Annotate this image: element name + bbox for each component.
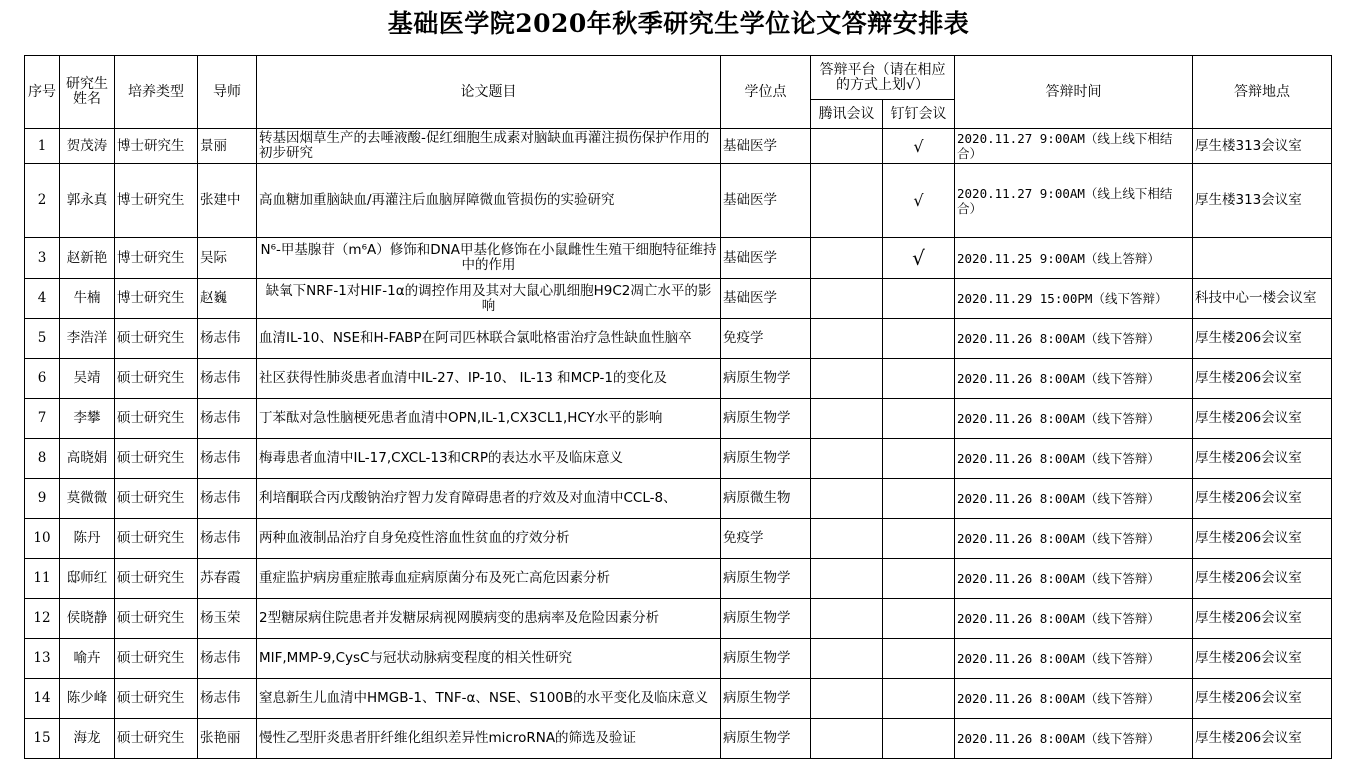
cell-seq: 6 bbox=[25, 359, 60, 399]
cell-defense-location: 厚生楼206会议室 bbox=[1193, 519, 1332, 559]
cell-student-name: 贺茂涛 bbox=[60, 129, 115, 164]
cell-thesis-title: N⁶-甲基腺苷（m⁶A）修饰和DNA甲基化修饰在小鼠雌性生殖干细胞特征维持中的作… bbox=[257, 238, 721, 279]
cell-advisor: 杨志伟 bbox=[198, 679, 257, 719]
cell-degree-program: 病原生物学 bbox=[721, 599, 811, 639]
header-platform-tencent: 腾讯会议 bbox=[811, 100, 883, 129]
cell-defense-time: 2020.11.27 9:00AM（线上线下相结合） bbox=[955, 164, 1193, 238]
cell-student-name: 赵新艳 bbox=[60, 238, 115, 279]
cell-seq: 13 bbox=[25, 639, 60, 679]
header-time: 答辩时间 bbox=[955, 56, 1193, 129]
cell-advisor: 杨志伟 bbox=[198, 439, 257, 479]
cell-defense-location: 厚生楼206会议室 bbox=[1193, 639, 1332, 679]
header-platform-group: 答辩平台（请在相应的方式上划√） bbox=[811, 56, 955, 100]
cell-thesis-title: 高血糖加重脑缺血/再灌注后血脑屏障微血管损伤的实验研究 bbox=[257, 164, 721, 238]
cell-degree-program: 病原生物学 bbox=[721, 639, 811, 679]
cell-training-type: 硕士研究生 bbox=[115, 519, 198, 559]
cell-seq: 15 bbox=[25, 719, 60, 759]
cell-platform-tencent bbox=[811, 359, 883, 399]
cell-degree-program: 病原生物学 bbox=[721, 439, 811, 479]
table-row: 1贺茂涛博士研究生景丽转基因烟草生产的去唾液酸-促红细胞生成素对脑缺血再灌注损伤… bbox=[25, 129, 1332, 164]
cell-thesis-title: 转基因烟草生产的去唾液酸-促红细胞生成素对脑缺血再灌注损伤保护作用的初步研究 bbox=[257, 129, 721, 164]
check-mark-icon: √ bbox=[883, 238, 955, 279]
table-row: 14陈少峰硕士研究生杨志伟窒息新生儿血清中HMGB-1、TNF-α、NSE、S1… bbox=[25, 679, 1332, 719]
cell-defense-time: 2020.11.26 8:00AM（线下答辩） bbox=[955, 719, 1193, 759]
header-platform-dingtalk: 钉钉会议 bbox=[883, 100, 955, 129]
table-header: 序号 研究生姓名 培养类型 导师 论文题目 学位点 答辩平台（请在相应的方式上划… bbox=[25, 56, 1332, 129]
cell-seq: 10 bbox=[25, 519, 60, 559]
cell-training-type: 硕士研究生 bbox=[115, 359, 198, 399]
cell-training-type: 硕士研究生 bbox=[115, 639, 198, 679]
cell-defense-location: 厚生楼206会议室 bbox=[1193, 599, 1332, 639]
cell-training-type: 硕士研究生 bbox=[115, 319, 198, 359]
cell-seq: 5 bbox=[25, 319, 60, 359]
cell-student-name: 喻卉 bbox=[60, 639, 115, 679]
table-row: 12侯晓静硕士研究生杨玉荣2型糖尿病住院患者并发糖尿病视网膜病变的患病率及危险因… bbox=[25, 599, 1332, 639]
cell-training-type: 博士研究生 bbox=[115, 164, 198, 238]
table-body: 1贺茂涛博士研究生景丽转基因烟草生产的去唾液酸-促红细胞生成素对脑缺血再灌注损伤… bbox=[25, 129, 1332, 759]
cell-advisor: 杨志伟 bbox=[198, 319, 257, 359]
cell-seq: 11 bbox=[25, 559, 60, 599]
cell-platform-tencent bbox=[811, 399, 883, 439]
check-mark-icon: √ bbox=[883, 129, 955, 164]
table-row: 15海龙硕士研究生张艳丽慢性乙型肝炎患者肝纤维化组织差异性microRNA的筛选… bbox=[25, 719, 1332, 759]
cell-platform-dingtalk bbox=[883, 599, 955, 639]
cell-defense-time: 2020.11.25 9:00AM（线上答辩） bbox=[955, 238, 1193, 279]
cell-advisor: 张艳丽 bbox=[198, 719, 257, 759]
cell-training-type: 博士研究生 bbox=[115, 129, 198, 164]
cell-platform-dingtalk bbox=[883, 639, 955, 679]
cell-platform-tencent bbox=[811, 559, 883, 599]
cell-seq: 3 bbox=[25, 238, 60, 279]
cell-advisor: 张建中 bbox=[198, 164, 257, 238]
cell-advisor: 杨志伟 bbox=[198, 519, 257, 559]
cell-platform-dingtalk bbox=[883, 559, 955, 599]
cell-training-type: 硕士研究生 bbox=[115, 599, 198, 639]
table-row: 6吴靖硕士研究生杨志伟社区获得性肺炎患者血清中IL-27、IP-10、 IL-1… bbox=[25, 359, 1332, 399]
cell-student-name: 郭永真 bbox=[60, 164, 115, 238]
cell-advisor: 吴际 bbox=[198, 238, 257, 279]
cell-defense-location: 厚生楼206会议室 bbox=[1193, 359, 1332, 399]
cell-advisor: 杨志伟 bbox=[198, 359, 257, 399]
cell-platform-dingtalk bbox=[883, 719, 955, 759]
cell-training-type: 硕士研究生 bbox=[115, 679, 198, 719]
cell-platform-tencent bbox=[811, 519, 883, 559]
defense-schedule-table: 序号 研究生姓名 培养类型 导师 论文题目 学位点 答辩平台（请在相应的方式上划… bbox=[24, 55, 1332, 759]
cell-defense-location bbox=[1193, 238, 1332, 279]
cell-student-name: 侯晓静 bbox=[60, 599, 115, 639]
cell-platform-dingtalk bbox=[883, 279, 955, 319]
header-advisor: 导师 bbox=[198, 56, 257, 129]
cell-platform-tencent bbox=[811, 479, 883, 519]
cell-platform-tencent bbox=[811, 279, 883, 319]
cell-thesis-title: 利培酮联合丙戊酸钠治疗智力发育障碍患者的疗效及对血清中CCL-8、 bbox=[257, 479, 721, 519]
cell-defense-location: 厚生楼206会议室 bbox=[1193, 439, 1332, 479]
header-type: 培养类型 bbox=[115, 56, 198, 129]
cell-defense-time: 2020.11.26 8:00AM（线下答辩） bbox=[955, 319, 1193, 359]
table-row: 10陈丹硕士研究生杨志伟两种血液制品治疗自身免疫性溶血性贫血的疗效分析免疫学20… bbox=[25, 519, 1332, 559]
cell-seq: 14 bbox=[25, 679, 60, 719]
cell-defense-time: 2020.11.26 8:00AM（线下答辩） bbox=[955, 439, 1193, 479]
cell-degree-program: 基础医学 bbox=[721, 164, 811, 238]
cell-advisor: 杨志伟 bbox=[198, 479, 257, 519]
cell-student-name: 莫微微 bbox=[60, 479, 115, 519]
cell-platform-tencent bbox=[811, 238, 883, 279]
cell-defense-time: 2020.11.26 8:00AM（线下答辩） bbox=[955, 599, 1193, 639]
cell-degree-program: 基础医学 bbox=[721, 129, 811, 164]
cell-defense-time: 2020.11.26 8:00AM（线下答辩） bbox=[955, 519, 1193, 559]
cell-defense-time: 2020.11.26 8:00AM（线下答辩） bbox=[955, 559, 1193, 599]
cell-platform-tencent bbox=[811, 129, 883, 164]
cell-advisor: 苏春霞 bbox=[198, 559, 257, 599]
table-row: 7李攀硕士研究生杨志伟丁苯酞对急性脑梗死患者血清中OPN,IL-1,CX3CL1… bbox=[25, 399, 1332, 439]
cell-defense-location: 厚生楼206会议室 bbox=[1193, 559, 1332, 599]
cell-seq: 8 bbox=[25, 439, 60, 479]
cell-platform-tencent bbox=[811, 719, 883, 759]
cell-defense-location: 厚生楼313会议室 bbox=[1193, 129, 1332, 164]
cell-thesis-title: 梅毒患者血清中IL-17,CXCL-13和CRP的表达水平及临床意义 bbox=[257, 439, 721, 479]
cell-thesis-title: 窒息新生儿血清中HMGB-1、TNF-α、NSE、S100B的水平变化及临床意义 bbox=[257, 679, 721, 719]
cell-student-name: 李攀 bbox=[60, 399, 115, 439]
cell-defense-time: 2020.11.26 8:00AM（线下答辩） bbox=[955, 479, 1193, 519]
cell-thesis-title: MIF,MMP-9,CysC与冠状动脉病变程度的相关性研究 bbox=[257, 639, 721, 679]
cell-student-name: 高晓娟 bbox=[60, 439, 115, 479]
cell-platform-tencent bbox=[811, 679, 883, 719]
cell-seq: 9 bbox=[25, 479, 60, 519]
cell-defense-time: 2020.11.29 15:00PM（线下答辩） bbox=[955, 279, 1193, 319]
cell-defense-location: 厚生楼206会议室 bbox=[1193, 719, 1332, 759]
cell-student-name: 海龙 bbox=[60, 719, 115, 759]
cell-platform-dingtalk bbox=[883, 479, 955, 519]
cell-training-type: 硕士研究生 bbox=[115, 439, 198, 479]
cell-thesis-title: 慢性乙型肝炎患者肝纤维化组织差异性microRNA的筛选及验证 bbox=[257, 719, 721, 759]
cell-defense-time: 2020.11.27 9:00AM（线上线下相结合） bbox=[955, 129, 1193, 164]
cell-advisor: 杨志伟 bbox=[198, 639, 257, 679]
cell-training-type: 博士研究生 bbox=[115, 238, 198, 279]
cell-thesis-title: 社区获得性肺炎患者血清中IL-27、IP-10、 IL-13 和MCP-1的变化… bbox=[257, 359, 721, 399]
cell-platform-tencent bbox=[811, 639, 883, 679]
cell-degree-program: 病原生物学 bbox=[721, 359, 811, 399]
cell-platform-dingtalk bbox=[883, 439, 955, 479]
cell-seq: 2 bbox=[25, 164, 60, 238]
cell-advisor: 赵巍 bbox=[198, 279, 257, 319]
cell-degree-program: 病原微生物 bbox=[721, 479, 811, 519]
cell-degree-program: 基础医学 bbox=[721, 279, 811, 319]
cell-degree-program: 病原生物学 bbox=[721, 719, 811, 759]
cell-degree-program: 病原生物学 bbox=[721, 559, 811, 599]
cell-student-name: 牛楠 bbox=[60, 279, 115, 319]
cell-student-name: 陈少峰 bbox=[60, 679, 115, 719]
table-row: 5李浩洋硕士研究生杨志伟血清IL-10、NSE和H-FABP在阿司匹林联合氯吡格… bbox=[25, 319, 1332, 359]
cell-platform-dingtalk bbox=[883, 319, 955, 359]
cell-defense-time: 2020.11.26 8:00AM（线下答辩） bbox=[955, 359, 1193, 399]
cell-defense-location: 厚生楼313会议室 bbox=[1193, 164, 1332, 238]
cell-student-name: 吴靖 bbox=[60, 359, 115, 399]
table-row: 3赵新艳博士研究生吴际N⁶-甲基腺苷（m⁶A）修饰和DNA甲基化修饰在小鼠雌性生… bbox=[25, 238, 1332, 279]
cell-student-name: 陈丹 bbox=[60, 519, 115, 559]
cell-thesis-title: 重症监护病房重症脓毒血症病原菌分布及死亡高危因素分析 bbox=[257, 559, 721, 599]
cell-degree-program: 病原生物学 bbox=[721, 399, 811, 439]
cell-platform-tencent bbox=[811, 599, 883, 639]
cell-seq: 12 bbox=[25, 599, 60, 639]
header-degree: 学位点 bbox=[721, 56, 811, 129]
cell-thesis-title: 血清IL-10、NSE和H-FABP在阿司匹林联合氯吡格雷治疗急性缺血性脑卒 bbox=[257, 319, 721, 359]
cell-thesis-title: 缺氧下NRF-1对HIF-1α的调控作用及其对大鼠心肌细胞H9C2凋亡水平的影响 bbox=[257, 279, 721, 319]
cell-platform-tencent bbox=[811, 319, 883, 359]
cell-platform-dingtalk bbox=[883, 399, 955, 439]
cell-training-type: 硕士研究生 bbox=[115, 479, 198, 519]
cell-training-type: 博士研究生 bbox=[115, 279, 198, 319]
cell-student-name: 李浩洋 bbox=[60, 319, 115, 359]
cell-degree-program: 免疫学 bbox=[721, 319, 811, 359]
table-row: 2郭永真博士研究生张建中高血糖加重脑缺血/再灌注后血脑屏障微血管损伤的实验研究基… bbox=[25, 164, 1332, 238]
cell-defense-time: 2020.11.26 8:00AM（线下答辩） bbox=[955, 639, 1193, 679]
cell-advisor: 杨志伟 bbox=[198, 399, 257, 439]
header-location: 答辩地点 bbox=[1193, 56, 1332, 129]
cell-seq: 4 bbox=[25, 279, 60, 319]
cell-seq: 1 bbox=[25, 129, 60, 164]
cell-advisor: 景丽 bbox=[198, 129, 257, 164]
cell-student-name: 邸师红 bbox=[60, 559, 115, 599]
cell-advisor: 杨玉荣 bbox=[198, 599, 257, 639]
header-name: 研究生姓名 bbox=[60, 56, 115, 129]
check-mark-icon: √ bbox=[883, 164, 955, 238]
cell-thesis-title: 两种血液制品治疗自身免疫性溶血性贫血的疗效分析 bbox=[257, 519, 721, 559]
cell-defense-location: 科技中心一楼会议室 bbox=[1193, 279, 1332, 319]
cell-degree-program: 免疫学 bbox=[721, 519, 811, 559]
table-row: 11邸师红硕士研究生苏春霞重症监护病房重症脓毒血症病原菌分布及死亡高危因素分析病… bbox=[25, 559, 1332, 599]
table-row: 13喻卉硕士研究生杨志伟MIF,MMP-9,CysC与冠状动脉病变程度的相关性研… bbox=[25, 639, 1332, 679]
cell-platform-dingtalk bbox=[883, 519, 955, 559]
cell-defense-time: 2020.11.26 8:00AM（线下答辩） bbox=[955, 399, 1193, 439]
table-row: 4牛楠博士研究生赵巍缺氧下NRF-1对HIF-1α的调控作用及其对大鼠心肌细胞H… bbox=[25, 279, 1332, 319]
header-seq: 序号 bbox=[25, 56, 60, 129]
cell-training-type: 硕士研究生 bbox=[115, 559, 198, 599]
cell-training-type: 硕士研究生 bbox=[115, 719, 198, 759]
cell-platform-tencent bbox=[811, 439, 883, 479]
cell-defense-location: 厚生楼206会议室 bbox=[1193, 479, 1332, 519]
page-title: 基础医学院2020年秋季研究生学位论文答辩安排表 bbox=[0, 6, 1357, 42]
cell-degree-program: 病原生物学 bbox=[721, 679, 811, 719]
cell-training-type: 硕士研究生 bbox=[115, 399, 198, 439]
cell-defense-location: 厚生楼206会议室 bbox=[1193, 319, 1332, 359]
cell-platform-dingtalk bbox=[883, 359, 955, 399]
cell-defense-location: 厚生楼206会议室 bbox=[1193, 399, 1332, 439]
cell-defense-location: 厚生楼206会议室 bbox=[1193, 679, 1332, 719]
table-row: 9莫微微硕士研究生杨志伟利培酮联合丙戊酸钠治疗智力发育障碍患者的疗效及对血清中C… bbox=[25, 479, 1332, 519]
cell-thesis-title: 2型糖尿病住院患者并发糖尿病视网膜病变的患病率及危险因素分析 bbox=[257, 599, 721, 639]
header-thesis: 论文题目 bbox=[257, 56, 721, 129]
cell-platform-tencent bbox=[811, 164, 883, 238]
cell-defense-time: 2020.11.26 8:00AM（线下答辩） bbox=[955, 679, 1193, 719]
cell-platform-dingtalk bbox=[883, 679, 955, 719]
cell-thesis-title: 丁苯酞对急性脑梗死患者血清中OPN,IL-1,CX3CL1,HCY水平的影响 bbox=[257, 399, 721, 439]
table-row: 8高晓娟硕士研究生杨志伟梅毒患者血清中IL-17,CXCL-13和CRP的表达水… bbox=[25, 439, 1332, 479]
cell-seq: 7 bbox=[25, 399, 60, 439]
cell-degree-program: 基础医学 bbox=[721, 238, 811, 279]
